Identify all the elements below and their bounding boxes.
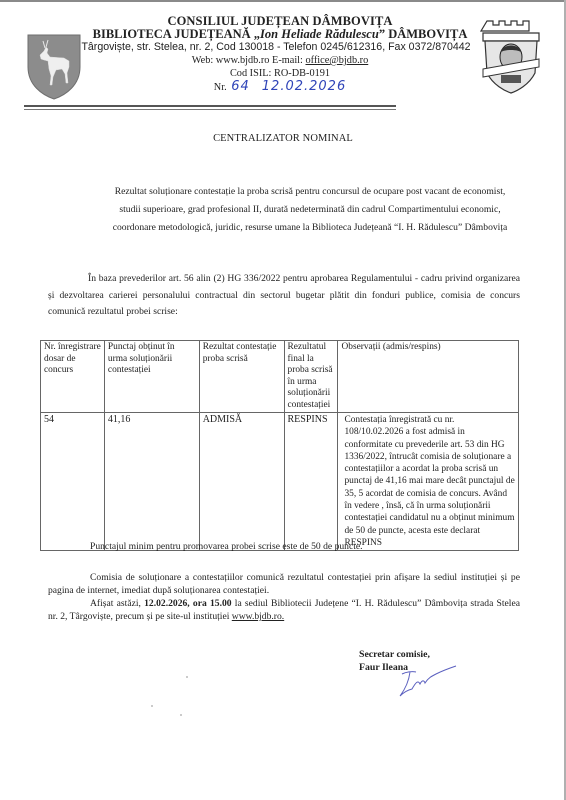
registration-number: Nr. 6412.02.2026 — [80, 80, 480, 94]
table-header-row: Nr. înregistrare dosar de concurs Puncta… — [41, 341, 519, 413]
handwritten-signature-icon — [392, 662, 462, 702]
library-name: BIBLIOTECA JUDEȚEANĂ „Ion Heliade Rădule… — [80, 28, 480, 41]
cell-final-result: RESPINS — [284, 413, 338, 551]
cell-score: 41,16 — [104, 413, 199, 551]
results-table: Nr. înregistrare dosar de concurs Puncta… — [40, 340, 519, 551]
document-title: CENTRALIZATOR NOMINAL — [0, 133, 566, 144]
scan-speck — [186, 676, 188, 678]
handwritten-date: 12.02.2026 — [262, 79, 346, 94]
library-address: Târgoviște, str. Stelea, nr. 2, Cod 1300… — [72, 41, 480, 54]
signer-role: Secretar comisie, — [359, 648, 430, 661]
header-final-result: Rezultatul final la proba scrisă în urma… — [284, 341, 338, 413]
header-divider — [24, 105, 396, 107]
header-registration-number: Nr. înregistrare dosar de concurs — [41, 341, 105, 413]
scan-speck — [180, 714, 182, 716]
email-link[interactable]: office@bjdb.ro — [305, 55, 368, 66]
website-link[interactable]: www.bjdb.ro. — [232, 611, 284, 622]
header-observations: Observații (admis/respins) — [338, 341, 519, 413]
communication-paragraph: Comisia de soluționare a contestațiilor … — [48, 571, 520, 623]
handwritten-number: 64 — [231, 79, 250, 94]
cell-registration-number: 54 — [41, 413, 105, 551]
letterhead: CONSILIUL JUDEȚEAN DÂMBOVIȚA BIBLIOTECA … — [80, 15, 480, 94]
scan-speck — [151, 705, 153, 707]
header-divider-thin — [24, 109, 396, 110]
header-score: Punctaj obținut în urma soluționării con… — [104, 341, 199, 413]
intro-paragraph: Rezultat soluționare contestație la prob… — [100, 183, 520, 237]
table-row: 54 41,16 ADMISĂ RESPINS Contestația înre… — [41, 413, 519, 551]
scan-edge-top — [0, 0, 566, 2]
cell-appeal-result: ADMISĂ — [199, 413, 284, 551]
header-appeal-result: Rezultat contestație proba scrisă — [199, 341, 284, 413]
cell-observations: Contestația înregistrată cu nr. 108/10.0… — [338, 413, 519, 551]
posted-datetime: 12.02.2026, ora 15.00 — [144, 598, 231, 609]
minimum-points-note: Punctajul minim pentru promovarea probei… — [90, 541, 363, 552]
library-emblem-portrait-icon — [477, 17, 545, 95]
legal-basis-paragraph: În baza prevederilor art. 56 alin (2) HG… — [48, 271, 520, 321]
library-contacts: Web: www.bjdb.ro E-mail: office@bjdb.ro — [80, 54, 480, 67]
